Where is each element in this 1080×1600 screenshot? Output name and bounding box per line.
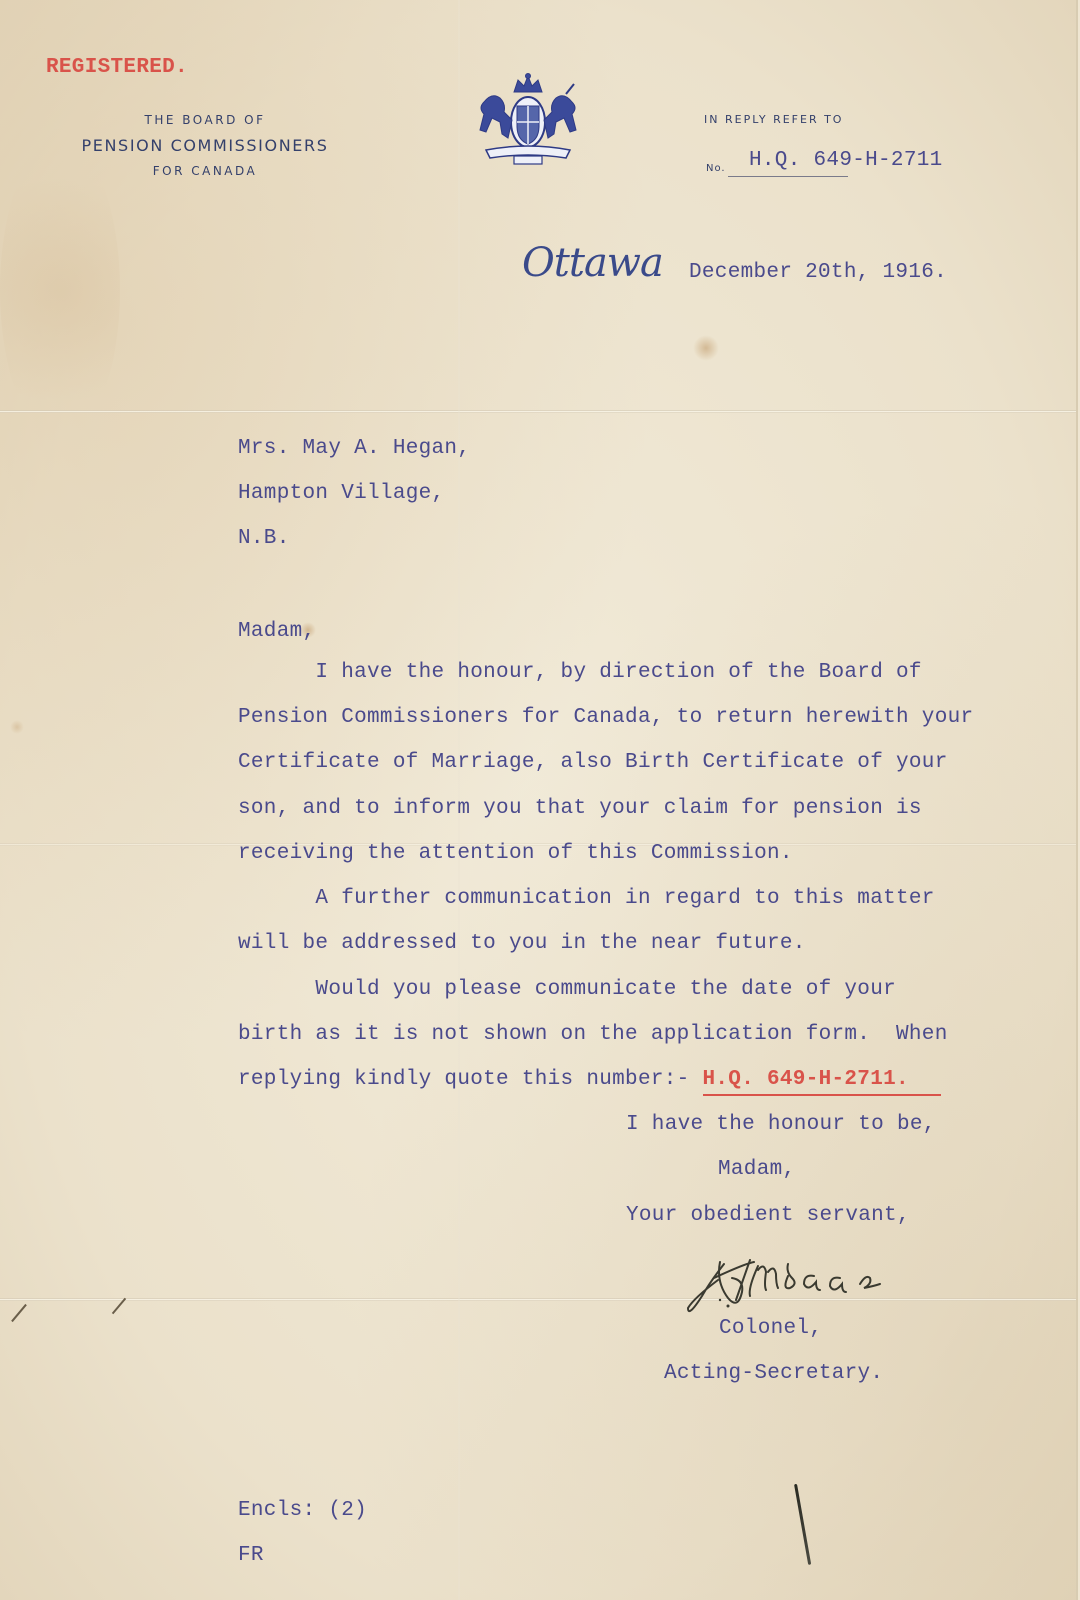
body-line: I have the honour, by direction of the B… xyxy=(238,661,922,684)
scratch-mark xyxy=(11,1304,27,1322)
recipient-address-line1: Hampton Village, xyxy=(238,482,444,505)
reply-refer-label: IN REPLY REFER TO xyxy=(704,113,843,126)
salutation: Madam, xyxy=(238,620,315,643)
body-line: Certificate of Marriage, also Birth Cert… xyxy=(238,751,948,774)
body-line: Pension Commissioners for Canada, to ret… xyxy=(238,706,973,729)
letter-page: REGISTERED. THE BOARD OF PENSION COMMISS… xyxy=(0,0,1078,1600)
body-line: receiving the attention of this Commissi… xyxy=(238,842,793,865)
royal-coat-of-arms-icon xyxy=(470,72,586,168)
body-line: birth as it is not shown on the applicat… xyxy=(238,1023,948,1046)
enclosures-note: Encls: (2) xyxy=(238,1499,367,1522)
body-line: A further communication in regard to thi… xyxy=(238,887,935,910)
body-line: son, and to inform you that your claim f… xyxy=(238,797,922,820)
stain-spot xyxy=(693,335,719,361)
closing-line2: Madam, xyxy=(718,1158,795,1181)
recipient-name: Mrs. May A. Hegan, xyxy=(238,437,470,460)
body-line: will be addressed to you in the near fut… xyxy=(238,932,806,955)
letterhead-line3: FOR CANADA xyxy=(40,164,370,178)
closing-line1: I have the honour to be, xyxy=(626,1113,936,1136)
number-prefix-label: No. xyxy=(706,163,726,174)
reference-underline xyxy=(728,176,848,177)
red-underline xyxy=(703,1094,941,1096)
letterhead-line1: THE BOARD OF xyxy=(40,113,370,127)
dateline-place: Ottawa xyxy=(522,240,663,286)
pen-mark xyxy=(794,1484,811,1565)
fold-line-upper xyxy=(0,410,1076,413)
body-line-quote-number: replying kindly quote this number:- H.Q.… xyxy=(238,1068,909,1091)
reference-number: H.Q. 649-H-2711 xyxy=(749,149,943,172)
quote-reference-number: H.Q. 649-H-2711. xyxy=(702,1068,908,1091)
recipient-address-line2: N.B. xyxy=(238,527,290,550)
signatory-title: Acting-Secretary. xyxy=(664,1362,883,1385)
signatory-rank: Colonel, xyxy=(719,1317,822,1340)
letterhead-organization: PENSION COMMISSIONERS xyxy=(40,136,370,155)
age-discoloration xyxy=(0,140,120,440)
registered-stamp: REGISTERED. xyxy=(46,56,188,79)
stain-spot xyxy=(10,720,24,734)
typist-initials: FR xyxy=(238,1544,264,1567)
dateline-date: December 20th, 1916. xyxy=(689,261,947,284)
handwritten-signature-icon xyxy=(684,1250,954,1320)
closing-line3: Your obedient servant, xyxy=(626,1204,910,1227)
quote-number-prefix: replying kindly quote this number:- xyxy=(238,1068,702,1091)
body-line: Would you please communicate the date of… xyxy=(238,978,896,1001)
